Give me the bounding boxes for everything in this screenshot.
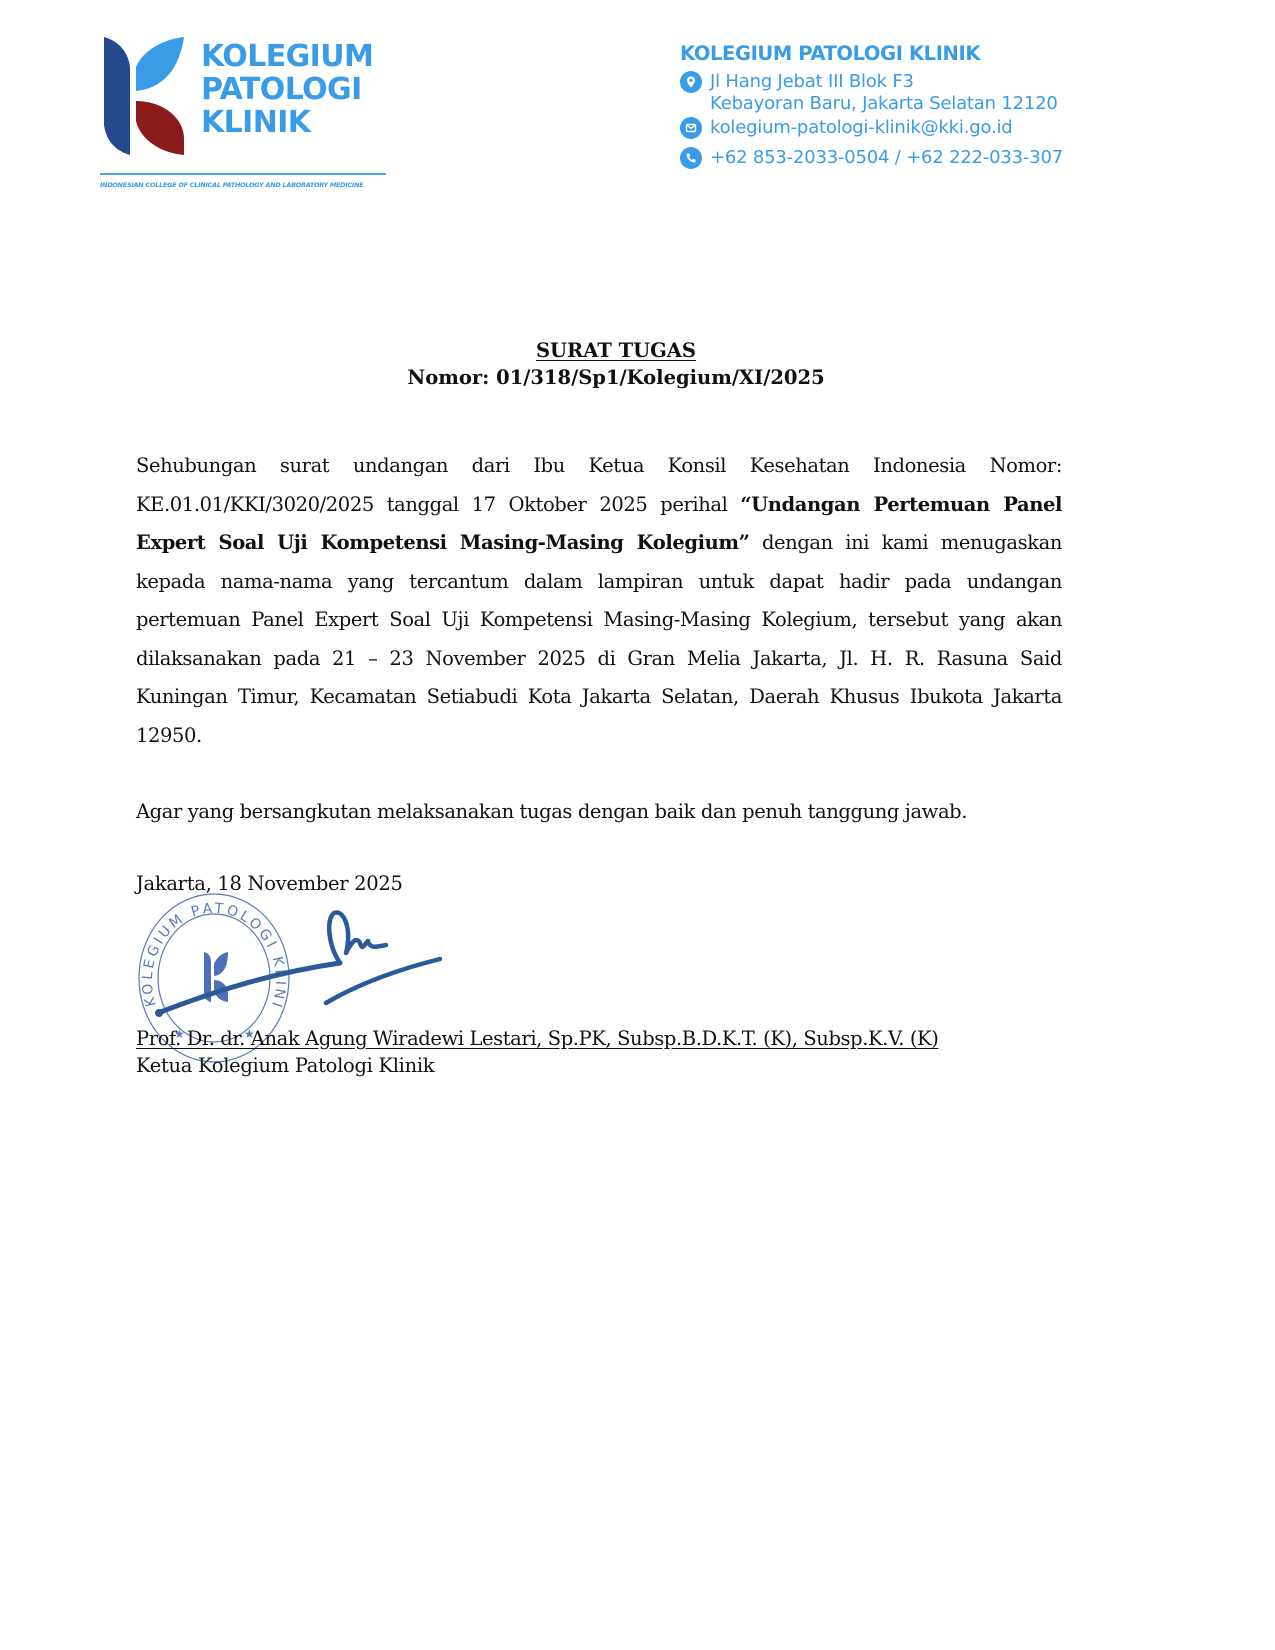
- document-number: Nomor: 01/318/Sp1/Kolegium/XI/2025: [0, 364, 1232, 391]
- address-line-1: Jl Hang Jebat III Blok F3: [710, 71, 1058, 93]
- location-pin-icon: [680, 71, 702, 93]
- document-heading: SURAT TUGAS Nomor: 01/318/Sp1/Kolegium/X…: [0, 337, 1232, 391]
- paragraph-text: dengan ini kami menugaskan kepada nama-n…: [136, 531, 1062, 747]
- phone-icon: [680, 147, 702, 169]
- contact-block: KOLEGIUM PATOLOGI KLINIK Jl Hang Jebat I…: [680, 42, 1063, 169]
- address-line-2: Kebayoran Baru, Jakarta Selatan 12120: [710, 93, 1058, 115]
- email-row: kolegium-patologi-klinik@kki.go.id: [680, 117, 1063, 139]
- signer-role: Ketua Kolegium Patologi Klinik: [136, 1054, 434, 1077]
- closing-sentence: Agar yang bersangkutan melaksanakan tuga…: [136, 793, 1062, 831]
- kolegium-k-logo-icon: [104, 37, 186, 155]
- logo-line: KLINIK: [201, 106, 373, 139]
- signature-icon: [150, 905, 450, 1025]
- document-title: SURAT TUGAS: [0, 337, 1232, 364]
- institution-logo: KOLEGIUM PATOLOGI KLINIK INDONESIAN COLL…: [100, 34, 390, 194]
- logo-line: KOLEGIUM: [201, 40, 373, 73]
- logo-wordmark: KOLEGIUM PATOLOGI KLINIK: [201, 40, 373, 139]
- phone-numbers: +62 853-2033-0504 / +62 222-033-307: [710, 147, 1063, 169]
- logo-tagline: INDONESIAN COLLEGE OF CLINICAL PATHOLOGY…: [100, 181, 390, 189]
- email-link[interactable]: kolegium-patologi-klinik@kki.go.id: [710, 117, 1013, 139]
- phone-row: +62 853-2033-0504 / +62 222-033-307: [680, 147, 1063, 169]
- contact-title: KOLEGIUM PATOLOGI KLINIK: [680, 42, 1063, 65]
- mail-icon: [680, 117, 702, 139]
- signer-name: Prof. Dr. dr. Anak Agung Wiradewi Lestar…: [136, 1027, 938, 1050]
- address-row: Jl Hang Jebat III Blok F3 Kebayoran Baru…: [680, 71, 1063, 115]
- logo-divider: [100, 173, 386, 175]
- logo-line: PATOLOGI: [201, 73, 373, 106]
- body-paragraph: Sehubungan surat undangan dari Ibu Ketua…: [136, 447, 1062, 755]
